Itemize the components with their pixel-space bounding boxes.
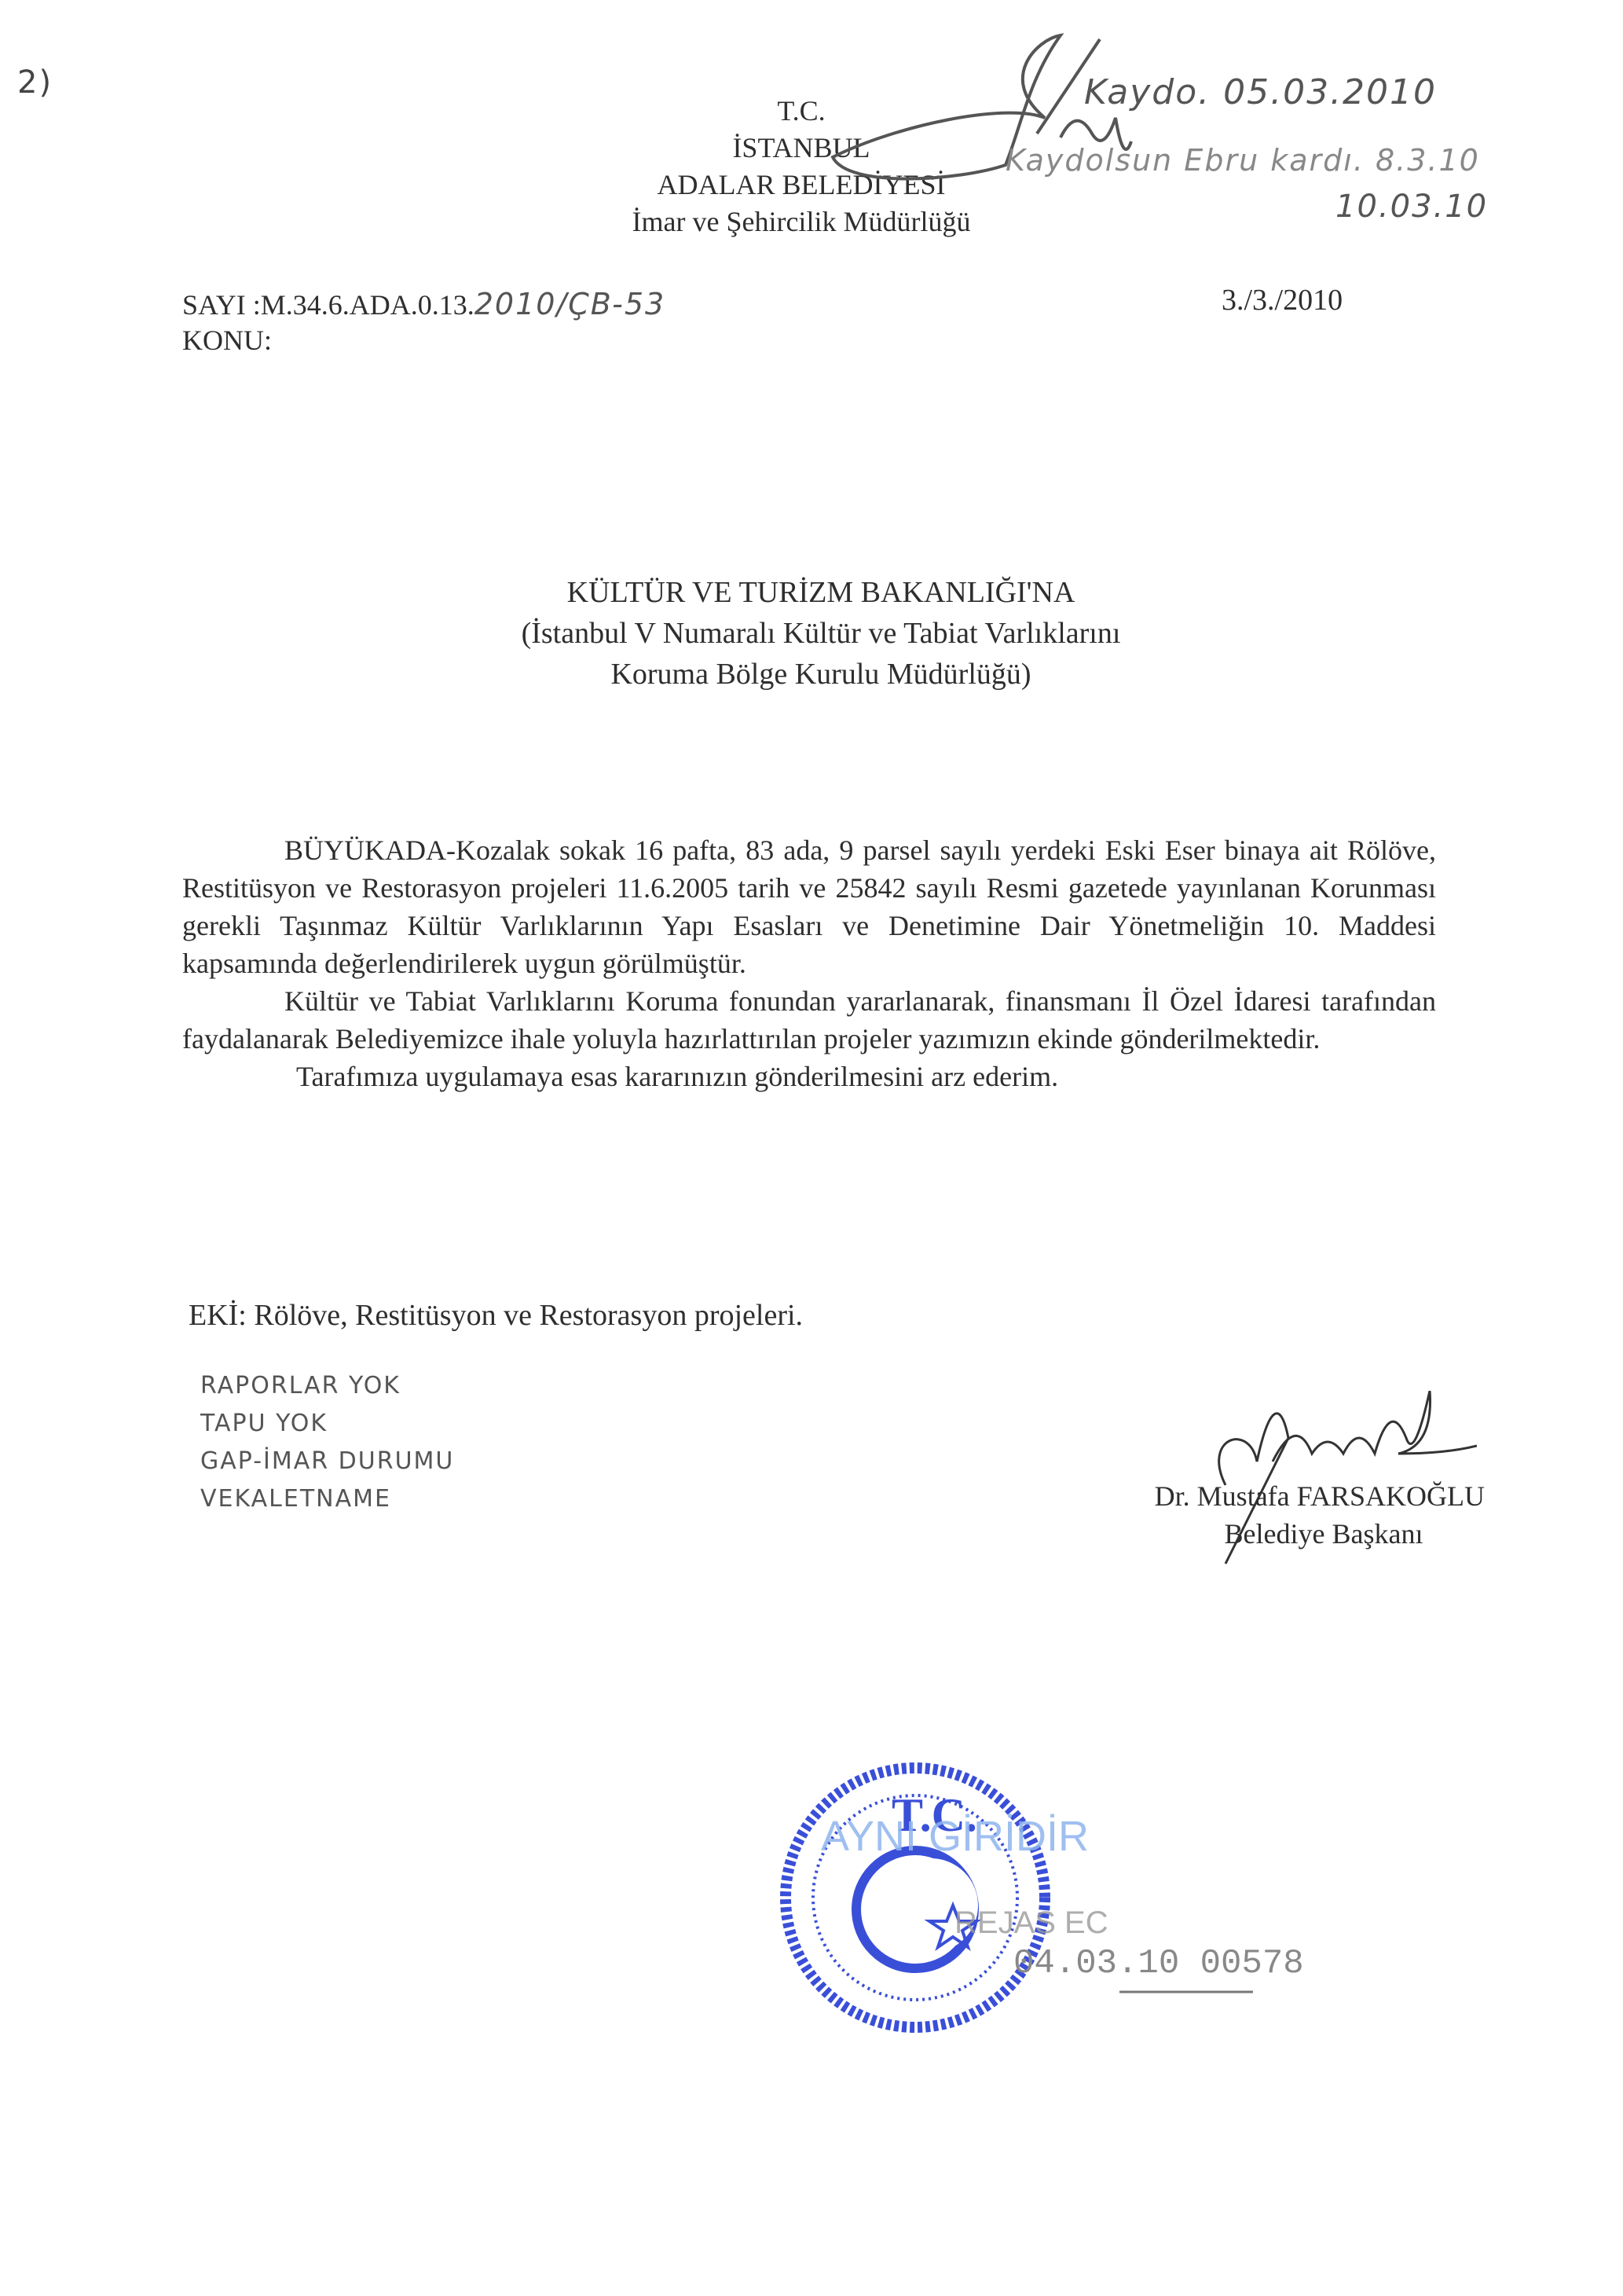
corner-page-mark: 2) — [17, 64, 53, 101]
note-power-of-attorney: VEKALETNAME — [200, 1480, 454, 1518]
body-paragraph-1: BÜYÜKADA-Kozalak sokak 16 pafta, 83 ada,… — [182, 831, 1436, 982]
signature-block: Dr. Mustafa FARSAKOĞLU Belediye Başkanı — [1045, 1477, 1485, 1553]
note-zoning: GAP-İMAR DURUMU — [200, 1443, 454, 1480]
addressee-directorate: Koruma Bölge Kurulu Müdürlüğü) — [428, 654, 1214, 695]
body-paragraph-3: Tarafımıza uygulamaya esas kararınızın g… — [182, 1058, 1436, 1095]
attachment-line: EKİ: Rölöve, Restitüsyon ve Restorasyon … — [189, 1298, 803, 1333]
initials-signature-icon — [801, 31, 1288, 212]
handwritten-forward-note: Kaydolsun Ebru kardı. 8.3.10 — [1006, 143, 1480, 178]
note-deed: TAPU YOK — [200, 1405, 454, 1443]
addressee-board: (İstanbul V Numaralı Kültür ve Tabiat Va… — [428, 613, 1214, 654]
registry-stamp: T.C. AYNI GİRİDİR REJAS EC 04.03.10 0057… — [774, 1756, 1339, 2043]
note-reports: RAPORLAR YOK — [200, 1367, 454, 1405]
handwritten-notes: RAPORLAR YOK TAPU YOK GAP-İMAR DURUMU VE… — [200, 1367, 454, 1518]
official-seal-icon: T.C. AYNI GİRİDİR REJAS EC 04.03.10 0057… — [774, 1756, 1339, 2039]
svg-text:04.03.10 00578: 04.03.10 00578 — [1013, 1944, 1304, 1983]
signatory-name: Dr. Mustafa FARSAKOĞLU — [1045, 1477, 1485, 1515]
addressee-ministry: KÜLTÜR VE TURİZM BAKANLIĞI'NA — [428, 572, 1214, 613]
letter-body: BÜYÜKADA-Kozalak sokak 16 pafta, 83 ada,… — [182, 831, 1436, 1095]
svg-text:REJAS EC: REJAS EC — [954, 1905, 1108, 1940]
sayi-label: SAYI — [182, 289, 246, 321]
body-paragraph-2: Kültür ve Tabiat Varlıklarını Koruma fon… — [182, 982, 1436, 1058]
sayi-value: :M.34.6.ADA.0.13. — [253, 289, 474, 321]
svg-text:AYNI GİRİDİR: AYNI GİRİDİR — [821, 1813, 1089, 1860]
handwritten-date-note: 10.03.10 — [1335, 189, 1488, 225]
reference-number: SAYI :M.34.6.ADA.0.13.2010/ÇB-53 — [182, 287, 665, 321]
signatory-title: Belediye Başkanı — [1045, 1515, 1485, 1553]
document-date: 3./3./2010 — [1222, 283, 1343, 317]
handwritten-registration-note: Kaydo. 05.03.2010 — [1084, 72, 1437, 112]
sayi-handwritten: 2010/ÇB-53 — [474, 287, 666, 321]
addressee: KÜLTÜR VE TURİZM BAKANLIĞI'NA (İstanbul … — [428, 572, 1214, 695]
konu-label: KONU: — [182, 324, 272, 357]
